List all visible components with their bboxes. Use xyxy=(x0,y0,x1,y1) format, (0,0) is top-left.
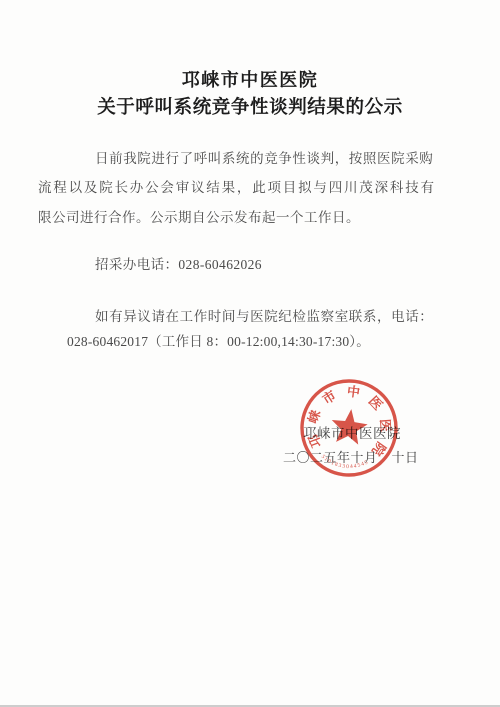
seal-ring-text: 邛 崃 市 中 医 医 院 xyxy=(302,379,399,460)
document-page: 邛崃市中医医院 关于呼叫系统竞争性谈判结果的公示 日前我院进行了呼叫系统的竞争性… xyxy=(0,0,500,707)
doc-title: 邛崃市中医医院 xyxy=(0,66,500,92)
body-line: 日前我院进行了呼叫系统的竞争性谈判，按照医院采购 xyxy=(95,150,433,168)
phone-line: 招采办电话：028-60462026 xyxy=(95,256,262,274)
body-line: 限公司进行合作。公示期自公示发布起一个工作日。 xyxy=(38,209,360,227)
date-line: 二〇二五年十月十日 xyxy=(283,449,419,467)
date-prefix: 二〇二五年十月 xyxy=(283,450,378,465)
body-line: 流程以及院长办公会审议结果，此项目拟与四川茂深科技有 xyxy=(38,179,436,197)
seal-char: 医 xyxy=(366,393,386,413)
body-line: 028-60462017（工作日 8：00-12:00,14:30-17:30）… xyxy=(67,333,370,351)
seal-char: 中 xyxy=(346,384,361,400)
date-suffix: 十日 xyxy=(392,450,419,465)
doc-subtitle: 关于呼叫系统竞争性谈判结果的公示 xyxy=(0,93,500,119)
signature: 邛崃市中医医院 xyxy=(303,425,401,443)
seal-char: 崃 xyxy=(305,407,324,425)
seal-char: 市 xyxy=(320,388,339,408)
body-line: 如有异议请在工作时间与医院纪检监察室联系，电话： xyxy=(95,308,433,326)
